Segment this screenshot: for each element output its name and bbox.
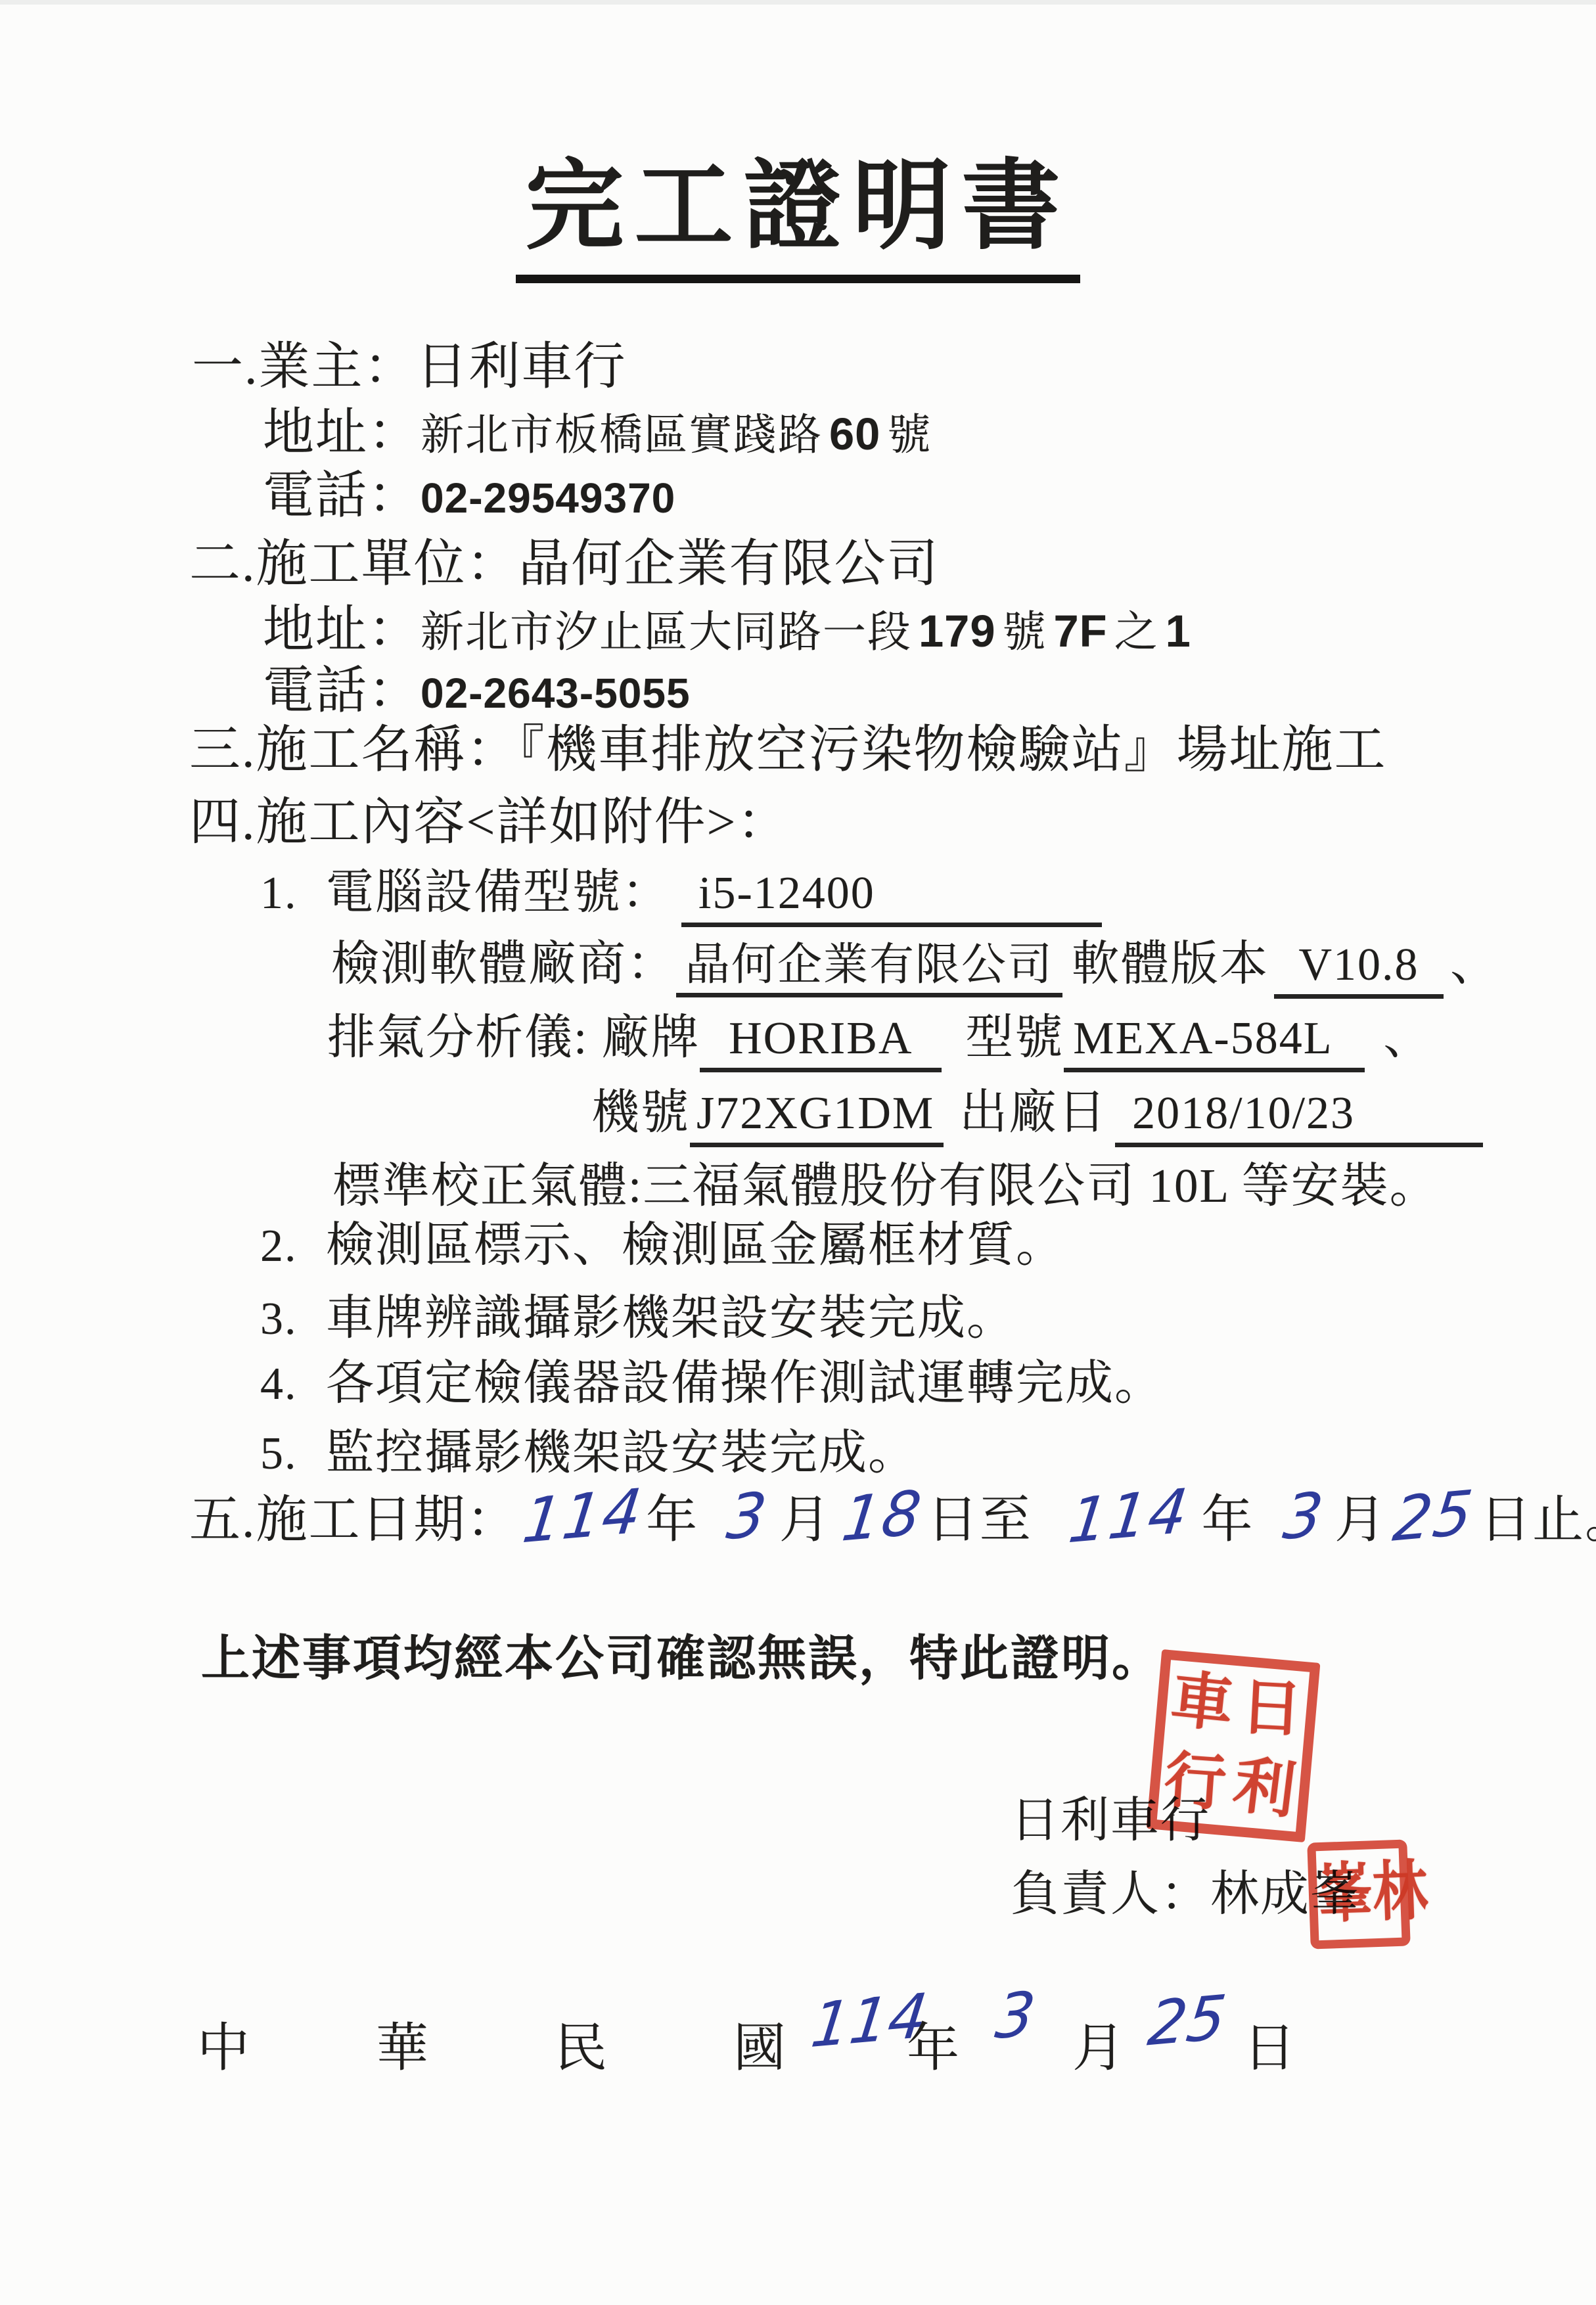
- owner-phone-value: 02-29549370: [421, 474, 675, 522]
- period-start-year-handwritten: 114: [519, 1480, 645, 1552]
- company-seal-char-2: 利: [1230, 1754, 1299, 1823]
- item1-line4: 機號J72XG1DM出廠日2018/10/23: [591, 1084, 1483, 1147]
- analyzer-model-value: MEXA-584L: [1073, 1013, 1333, 1064]
- owner-address-line: 地址：新北市板橋區實踐路60號: [263, 402, 932, 463]
- scope-section-number: 四.: [189, 793, 256, 850]
- item1-line5: 標準校正氣體:三福氣體股份有限公司 10L 等安裝。: [332, 1158, 1439, 1214]
- contractor-value: 晶何企業有限公司: [519, 535, 940, 592]
- contractor-section-number: 二.: [189, 535, 256, 592]
- item5-number: 5.: [260, 1427, 326, 1482]
- contractor-address-number3: 1: [1166, 606, 1191, 656]
- contractor-heading-line: 二.施工單位：晶何企業有限公司: [189, 534, 940, 594]
- footer-era-char-2: 華: [376, 2005, 428, 2081]
- company-seal-char-1: 日: [1239, 1676, 1304, 1741]
- owner-value: 日利車行: [417, 338, 627, 395]
- owner-phone-line: 電話：02-29549370: [263, 465, 675, 526]
- item4-number: 4.: [260, 1358, 326, 1412]
- owner-address-part1: 新北市板橋區實踐路: [421, 411, 823, 459]
- period-label: 施工日期：: [256, 1491, 519, 1548]
- software-vendor-blank: 晶何企業有限公司: [676, 937, 1062, 997]
- ship-date-label: 出廠日: [959, 1085, 1107, 1139]
- owner-address-number: 60: [829, 409, 880, 459]
- ship-date-blank: 2018/10/23: [1115, 1085, 1483, 1147]
- analyzer-brand-label: 廠牌: [601, 1011, 700, 1064]
- period-year2-label: 年: [1201, 1491, 1254, 1548]
- contractor-phone-value: 02-2643-5055: [421, 670, 691, 717]
- software-version-value: V10.8: [1298, 940, 1419, 990]
- item5-text: 監控攝影機架設安裝完成。: [326, 1426, 917, 1479]
- contractor-address-number1: 179: [919, 606, 996, 656]
- company-seal-stamp: 日 利 車 行: [1147, 1649, 1321, 1842]
- owner-address-label: 地址：: [263, 403, 421, 461]
- footer-era-char-4: 國: [733, 2005, 786, 2081]
- owner-address-part2: 號: [887, 411, 932, 459]
- scope-label: 施工內容<詳如附件>：: [256, 793, 790, 850]
- period-section-number: 五.: [189, 1491, 256, 1548]
- period-to-label: 日至: [927, 1491, 1032, 1548]
- confirmation-statement: 上述事項均經本公司確認無誤，特此證明。: [201, 1631, 1162, 1688]
- item1-line3: 排氣分析儀:廠牌HORIBA型號MEXA-584L、: [327, 1009, 1432, 1072]
- item1-line2-comma: 、: [1450, 937, 1499, 990]
- project-value: 『機車排放空污染物檢驗站』場址施工: [519, 721, 1387, 778]
- serial-blank: J72XG1DM: [690, 1085, 944, 1147]
- footer-day-handwritten: 25: [1145, 1987, 1229, 2055]
- footer-era-char-3: 民: [555, 2005, 607, 2081]
- software-version-label: 軟體版本: [1072, 937, 1269, 990]
- owner-label: 業主：: [259, 338, 417, 395]
- computer-model-blank: i5-12400: [681, 865, 1102, 927]
- item2-text: 檢測區標示、檢測區金屬框材質。: [326, 1218, 1065, 1271]
- item3-text: 車牌辨識攝影機架設安裝完成。: [326, 1291, 1016, 1344]
- owner-phone-label: 電話：: [263, 467, 421, 524]
- company-seal-char-4: 行: [1162, 1750, 1228, 1815]
- analyzer-brand-value: HORIBA: [729, 1013, 913, 1064]
- company-seal-char-3: 車: [1168, 1669, 1236, 1737]
- personal-seal-stamp: 林 峯: [1307, 1839, 1411, 1949]
- item5-line: 5.監控攝影機架設安裝完成。: [260, 1425, 917, 1482]
- period-end-label: 日止。: [1480, 1491, 1596, 1548]
- period-month2-label: 月: [1334, 1491, 1387, 1548]
- calibration-gas-text: 標準校正氣體:三福氣體股份有限公司 10L 等安裝。: [332, 1159, 1439, 1212]
- period-line: 五.施工日期：114年3月18日至114年3月25日止。: [189, 1486, 1596, 1550]
- contractor-address-part1: 新北市汐止區大同路一段: [421, 608, 912, 656]
- page-title: 完工證明書: [516, 126, 1080, 283]
- item2-number: 2.: [260, 1220, 326, 1274]
- item1-line1: 1.電腦設備型號：i5-12400: [260, 864, 1102, 927]
- confirmation-text: 上述事項均經本公司確認無誤，特此證明。: [201, 1632, 1162, 1686]
- period-end-day-handwritten: 25: [1390, 1482, 1476, 1551]
- analyzer-label: 排氣分析儀:: [327, 1011, 588, 1064]
- serial-label: 機號: [591, 1085, 690, 1139]
- item3-number: 3.: [260, 1292, 326, 1347]
- title-row: 完工證明書: [0, 126, 1596, 283]
- owner-section-number: 一.: [192, 338, 259, 395]
- contractor-phone-line: 電話：02-2643-5055: [263, 660, 691, 721]
- item1-line3-comma: 、: [1383, 1011, 1432, 1064]
- period-month1-label: 月: [779, 1491, 832, 1548]
- owner-heading-line: 一.業主：日利車行: [192, 336, 627, 397]
- scan-edge-artifact: [0, 0, 1596, 5]
- item4-line: 4.各項定檢儀器設備操作測試運轉完成。: [260, 1355, 1164, 1412]
- project-label: 施工名稱：: [256, 721, 519, 778]
- computer-model-value: i5-12400: [698, 868, 875, 919]
- contractor-address-part2: 之: [1114, 608, 1159, 656]
- item4-text: 各項定檢儀器設備操作測試運轉完成。: [326, 1356, 1164, 1409]
- footer-era-char-1: 中: [197, 2005, 250, 2081]
- scope-heading-line: 四.施工內容<詳如附件>：: [189, 792, 790, 852]
- item3-line: 3.車牌辨識攝影機架設安裝完成。: [260, 1290, 1016, 1347]
- item1-label: 電腦設備型號：: [326, 865, 671, 919]
- serial-value: J72XG1DM: [696, 1088, 934, 1139]
- ship-date-value: 2018/10/23: [1132, 1088, 1355, 1139]
- footer-month-label: 月: [1072, 2005, 1125, 2081]
- software-version-blank: V10.8: [1274, 936, 1444, 999]
- contractor-phone-label: 電話：: [263, 662, 421, 719]
- item1-line2: 檢測軟體廠商：晶何企業有限公司軟體版本V10.8、: [331, 936, 1499, 999]
- contractor-address-label: 地址：: [263, 601, 421, 658]
- personal-seal-char-1: 林: [1371, 1860, 1428, 1927]
- software-vendor-label: 檢測軟體廠商：: [331, 937, 676, 990]
- project-heading-line: 三.施工名稱：『機車排放空污染物檢驗站』場址施工: [189, 719, 1387, 780]
- footer-day-label: 日: [1243, 2005, 1296, 2081]
- footer-month-handwritten: 3: [992, 1984, 1038, 2048]
- period-start-day-handwritten: 18: [838, 1482, 925, 1551]
- period-start-month-handwritten: 3: [724, 1484, 771, 1549]
- analyzer-model-label: 型號: [965, 1011, 1064, 1064]
- project-section-number: 三.: [189, 721, 256, 778]
- contractor-address-line: 地址：新北市汐止區大同路一段179號7F之1: [263, 599, 1191, 660]
- analyzer-brand-blank: HORIBA: [700, 1010, 942, 1072]
- software-vendor-value: 晶何企業有限公司: [685, 940, 1053, 990]
- contractor-address-unit1: 號: [1003, 608, 1047, 656]
- contractor-address-number2: 7F: [1054, 606, 1108, 656]
- contractor-label: 施工單位：: [256, 535, 519, 592]
- analyzer-model-blank: MEXA-584L: [1064, 1010, 1365, 1072]
- period-end-year-handwritten: 114: [1065, 1480, 1191, 1552]
- period-year1-label: 年: [646, 1491, 698, 1548]
- representative-label: 負責人：: [1011, 1867, 1210, 1921]
- footer-year-label: 年: [907, 2005, 959, 2081]
- scanned-certificate-page: 完工證明書 一.業主：日利車行 地址：新北市板橋區實踐路60號 電話：02-29…: [0, 0, 1596, 2305]
- personal-seal-char-2: 峯: [1316, 1861, 1373, 1928]
- item2-line: 2.檢測區標示、檢測區金屬框材質。: [260, 1217, 1065, 1274]
- period-end-month-handwritten: 3: [1281, 1484, 1328, 1549]
- item1-number: 1.: [260, 867, 326, 921]
